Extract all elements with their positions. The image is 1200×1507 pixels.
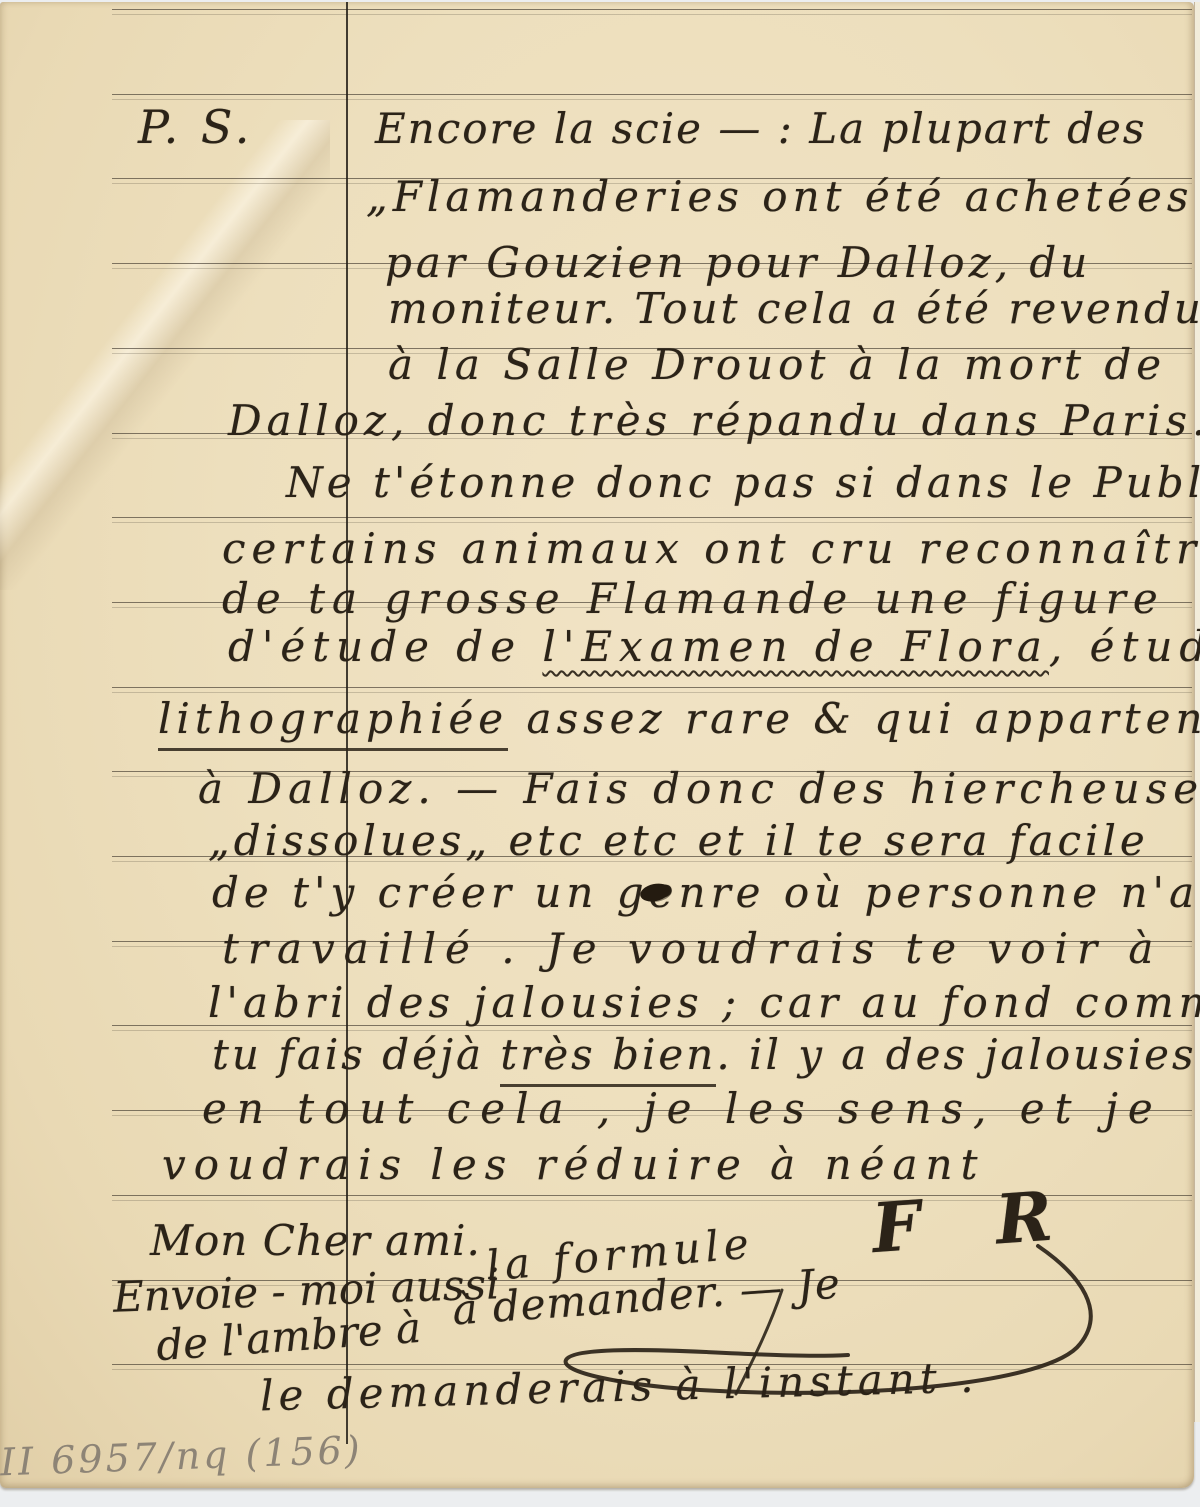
ruled-line: [112, 517, 1192, 523]
ruled-line: [112, 94, 1192, 100]
phrase: tu fais déjà: [212, 1030, 500, 1079]
handwritten-line: travaillé . Je voudrais te voir à: [222, 924, 1162, 973]
handwritten-line: à Dalloz. — Fais donc des hiercheuses: [198, 764, 1200, 813]
signature-monogram: F R: [869, 1175, 1081, 1269]
phrase: d'étude de: [228, 622, 542, 671]
phrase: , étude: [1049, 622, 1200, 671]
phrase: de t'y créer un genre où personne n'a: [212, 868, 1199, 917]
phrase: à la Salle Drouot à la mort de: [388, 340, 1166, 389]
ruled-line: [112, 687, 1192, 693]
closing-salutation: Mon Cher ami.: [150, 1216, 481, 1265]
phrase: travaillé . Je voudrais te voir à: [222, 924, 1162, 973]
ps-label: P. S.: [138, 100, 253, 154]
handwritten-line: lithographiée assez rare & qui appartena…: [158, 694, 1200, 743]
phrase: Encore la scie — : La plupart des: [375, 104, 1146, 153]
phrase: assez rare & qui appartenait: [508, 694, 1200, 743]
phrase: „Flamanderies ont été achetées: [366, 172, 1193, 221]
handwritten-line: de ta grosse Flamande une figure: [222, 574, 1165, 623]
handwritten-line: „dissolues„ etc etc et il te sera facile: [208, 816, 1149, 865]
phrase: Dalloz, donc très répandu dans Paris.: [228, 396, 1200, 445]
underlined-phrase: très bien: [500, 1030, 716, 1087]
underlined-phrase: l'Examen de Flora: [542, 622, 1049, 671]
handwritten-line: voudrais les réduire à néant: [162, 1140, 985, 1189]
handwritten-line: par Gouzien pour Dalloz, du: [385, 238, 1091, 287]
phrase: l'abri des jalousies ; car au fond comme: [208, 978, 1200, 1027]
phrase: Ne t'étonne donc pas si dans le Public: [286, 458, 1200, 507]
handwritten-line: Ne t'étonne donc pas si dans le Public: [286, 458, 1200, 507]
phrase: „dissolues„ etc etc et il te sera facile: [208, 816, 1149, 865]
handwritten-line: certains animaux ont cru reconnaître: [222, 524, 1200, 573]
handwritten-line: „Flamanderies ont été achetées: [366, 172, 1193, 221]
handwritten-line: moniteur. Tout cela a été revendu: [388, 284, 1200, 333]
handwritten-line: Encore la scie — : La plupart des: [375, 104, 1146, 153]
phrase: en tout cela , je les sens, et je: [202, 1084, 1163, 1133]
handwritten-line: d'étude de l'Examen de Flora, étude: [228, 622, 1200, 671]
handwritten-line: de t'y créer un genre où personne n'a: [212, 868, 1199, 917]
handwritten-line: en tout cela , je les sens, et je: [202, 1084, 1163, 1133]
phrase: moniteur. Tout cela a été revendu: [388, 284, 1200, 333]
phrase: . il y a des jalousies: [716, 1030, 1196, 1079]
phrase: par Gouzien pour Dalloz, du: [385, 238, 1091, 287]
phrase: certains animaux ont cru reconnaître: [222, 524, 1200, 573]
handwritten-line: tu fais déjà très bien. il y a des jalou…: [212, 1030, 1197, 1079]
ruled-line: [112, 9, 1192, 15]
phrase: voudrais les réduire à néant: [162, 1140, 985, 1189]
handwritten-line: Dalloz, donc très répandu dans Paris.: [228, 396, 1200, 445]
underlined-phrase: lithographiée: [158, 694, 508, 751]
handwritten-line: l'abri des jalousies ; car au fond comme: [208, 978, 1200, 1027]
handwritten-line: à la Salle Drouot à la mort de: [388, 340, 1166, 389]
phrase: à Dalloz. — Fais donc des hiercheuses: [198, 764, 1200, 813]
phrase: de ta grosse Flamande une figure: [222, 574, 1165, 623]
